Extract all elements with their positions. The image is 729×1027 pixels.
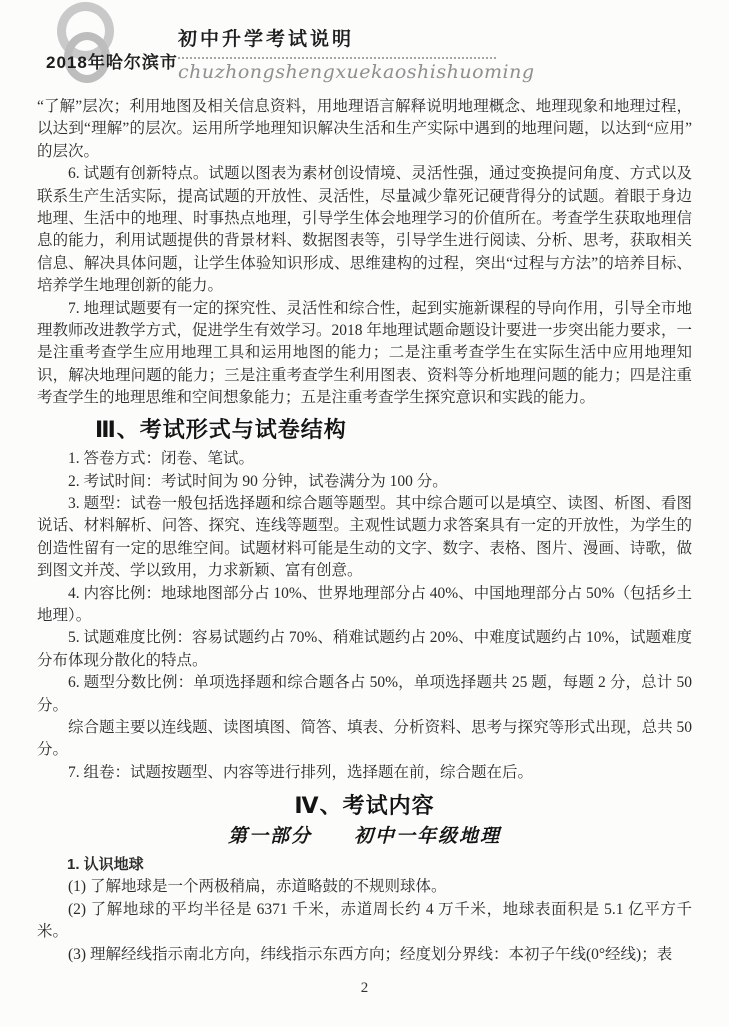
paragraph-question-types: 3. 题型：试卷一般包括选择题和综合题等题型。其中综合题可以是填空、读图、析图、… bbox=[37, 493, 692, 583]
document-page: 2018年哈尔滨市 初中升学考试说明 chuzhongshengxuekaosh… bbox=[0, 0, 729, 1027]
paragraph-continuation: “了解”层次；利用地图及相关信息资料，用地理语言解释说明地理概念、地理现象和地理… bbox=[37, 96, 692, 163]
topic-heading-know-earth: 1. 认识地球 bbox=[37, 854, 692, 876]
part-heading-grade7-geography: 第一部分 初中一年级地理 bbox=[37, 825, 692, 847]
paragraph-difficulty: 5. 试题难度比例：容易试题约占 70%、稍难试题约占 20%、中难度试题约占 … bbox=[37, 627, 692, 672]
paragraph-earth-shape: (1) 了解地球是一个两极稍扁，赤道略鼓的不规则球体。 bbox=[37, 876, 692, 898]
series-title: 初中升学考试说明 bbox=[178, 24, 508, 51]
paragraph-earth-size: (2) 了解地球的平均半径是 6371 千米，赤道周长约 4 万千米，地球表面积… bbox=[37, 899, 692, 944]
dotted-divider bbox=[178, 57, 496, 59]
edition-year-label: 2018年哈尔滨市 bbox=[46, 48, 178, 73]
paragraph-exam-time: 2. 考试时间：考试时间为 90 分钟，试卷满分为 100 分。 bbox=[37, 471, 692, 493]
page-number: 2 bbox=[0, 980, 729, 997]
page-header: 2018年哈尔滨市 初中升学考试说明 chuzhongshengxuekaosh… bbox=[0, 0, 729, 94]
paragraph-comprehensive: 综合题主要以连线题、读图填图、简答、填表、分析资料、思考与探究等形式出现，总共 … bbox=[37, 717, 692, 762]
brand-rings-icon bbox=[0, 0, 160, 94]
section-heading-exam-content: Ⅳ、考试内容 bbox=[37, 795, 692, 817]
paragraph-content-ratio: 4. 内容比例：地球地图部分占 10%、世界地理部分占 40%、中国地理部分占 … bbox=[37, 583, 692, 628]
page-content: “了解”层次；利用地图及相关信息资料，用地理语言解释说明地理概念、地理现象和地理… bbox=[0, 94, 729, 966]
paragraph-answer-mode: 1. 答卷方式：闭卷、笔试。 bbox=[37, 448, 692, 470]
paragraph-item-7: 7. 地理试题要有一定的探究性、灵活性和综合性，起到实施新课程的导向作用，引导全… bbox=[37, 298, 692, 410]
section-heading-exam-format: Ⅲ、考试形式与试卷结构 bbox=[95, 419, 692, 441]
paragraph-assembly: 7. 组卷：试题按题型、内容等进行排列，选择题在前，综合题在后。 bbox=[37, 762, 692, 784]
paragraph-lat-long: (3) 理解经线指示南北方向，纬线指示东西方向；经度划分界线：本初子午线(0°经… bbox=[37, 944, 692, 966]
paragraph-score-ratio: 6. 题型分数比例：单项选择题和综合题各占 50%，单项选择题共 25 题，每题… bbox=[37, 672, 692, 717]
pinyin-subtitle: chuzhongshengxuekaoshishuoming bbox=[178, 61, 508, 83]
header-title-block: 初中升学考试说明 chuzhongshengxuekaoshishuoming bbox=[178, 24, 508, 83]
paragraph-item-6: 6. 试题有创新特点。试题以图表为素材创设情境、灵活性强，通过变换提问角度、方式… bbox=[37, 163, 692, 297]
